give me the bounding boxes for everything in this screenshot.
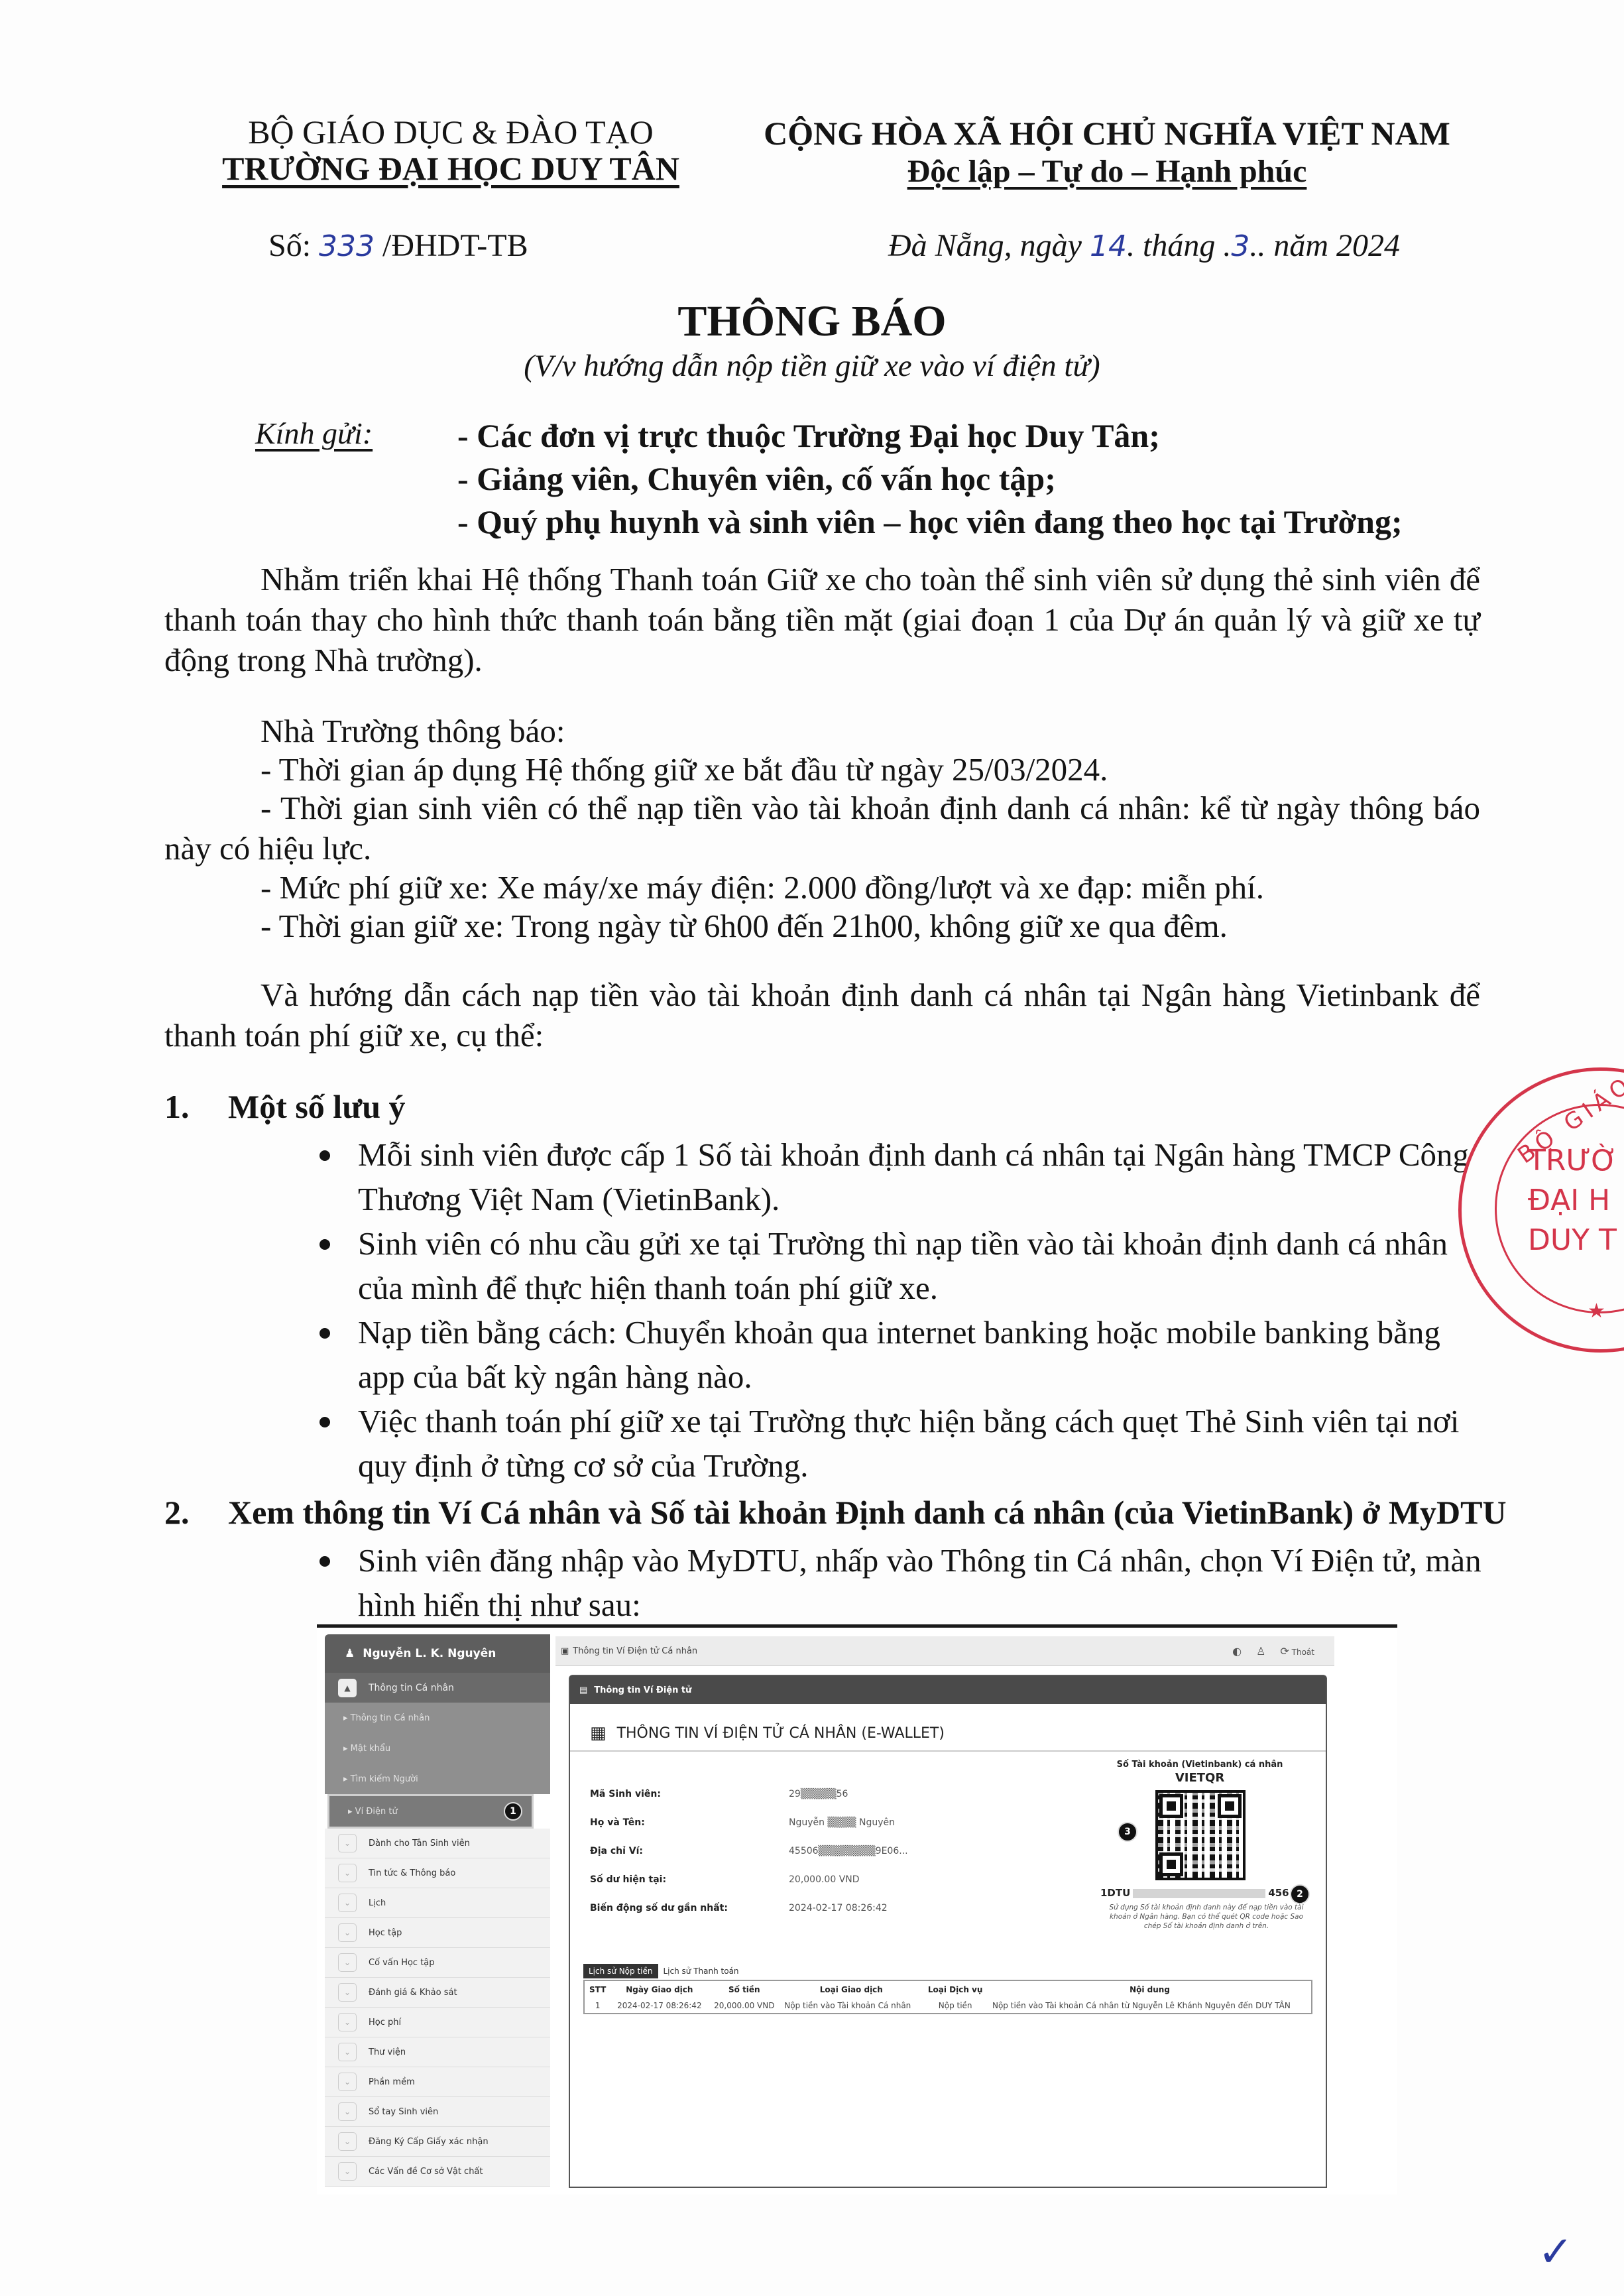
table-cell: Nộp tiền vào Tài khoản Cá nhân: [780, 1998, 922, 2014]
number-handwritten: 333: [319, 229, 375, 263]
month-prefix: . tháng .: [1127, 228, 1231, 263]
column-header: Loại Dịch vụ: [922, 1980, 988, 1998]
sub-item-label: Mật khẩu: [351, 1744, 390, 1754]
field-label: Biến động số dư gần nhất:: [590, 1903, 789, 1913]
wallet-field: Địa chỉ Ví:45506▒▒▒▒▒▒▒▒9E06...: [590, 1846, 908, 1856]
bullet-item: Việc thanh toán phí giữ xe tại Trường th…: [358, 1399, 1481, 1488]
qr-code[interactable]: [1155, 1790, 1246, 1880]
bullet-item: Sinh viên có nhu cầu gửi xe tại Trường t…: [358, 1221, 1481, 1310]
logout-icon: ⟳: [1280, 1645, 1289, 1658]
sidebar-item[interactable]: ⌄Đăng Ký Cấp Giấy xác nhận: [325, 2127, 550, 2157]
chevron-down-icon: ⌄: [338, 2013, 357, 2031]
table-cell: Nộp tiền vào Tài khoản Cá nhân từ Nguyễn…: [988, 1998, 1312, 2014]
panel-header-label: Thông tin Ví Điện tử: [594, 1685, 691, 1695]
bullet-item: Mỗi sinh viên được cấp 1 Số tài khoản đị…: [358, 1132, 1481, 1221]
announce-item: - Mức phí giữ xe: Xe máy/xe máy điện: 2.…: [164, 867, 1480, 908]
table-row: 12024-02-17 08:26:4220,000.00 VNDNộp tiề…: [584, 1998, 1312, 2014]
sidebar-item[interactable]: ⌄Phần mềm: [325, 2067, 550, 2097]
official-stamp: BỘ GIÁO DỤC TRƯỜ ĐẠI H DUY T ★: [1458, 1067, 1624, 1353]
bullet-icon: [319, 1328, 330, 1339]
wallet-icon: ▦: [590, 1723, 607, 1743]
sidebar-item[interactable]: ⌄Sổ tay Sinh viên: [325, 2097, 550, 2127]
date-place: Đà Nẵng, ngày: [888, 228, 1090, 263]
document-title: THÔNG BÁO: [0, 296, 1624, 347]
section-title: Một số lưu ý: [228, 1088, 406, 1125]
sidebar-item-label: Dành cho Tân Sinh viên: [369, 1839, 470, 1848]
qr-finder: [1159, 1794, 1183, 1818]
wallet-field: Họ và Tên:Nguyễn ▒▒▒▒ Nguyên: [590, 1817, 895, 1828]
chevron-down-icon: ⌄: [338, 1864, 357, 1882]
recipient-item: - Quý phụ huynh và sinh viên – học viên …: [457, 501, 1403, 544]
user-icon: ♟: [345, 1647, 355, 1660]
chevron-down-icon: ⌄: [338, 2132, 357, 2151]
chevron-down-icon: ⌄: [338, 2102, 357, 2121]
announce-item: - Thời gian giữ xe: Trong ngày từ 6h00 đ…: [164, 906, 1480, 946]
sidebar-item[interactable]: ⌄Thư viện: [325, 2037, 550, 2067]
sidebar-section-personal[interactable]: ▲Thông tin Cá nhân: [325, 1673, 550, 1703]
section-1-heading: 1. Một số lưu ý: [164, 1087, 406, 1126]
bullet-text: Việc thanh toán phí giữ xe tại Trường th…: [358, 1403, 1459, 1484]
guide-paragraph: Và hướng dẫn cách nạp tiền vào tài khoản…: [164, 975, 1480, 1056]
recipient-item: - Các đơn vị trực thuộc Trường Đại học D…: [457, 414, 1403, 457]
nation-name: CỘNG HÒA XÃ HỘI CHỦ NGHĨA VIỆT NAM: [742, 114, 1472, 152]
qr-finder: [1218, 1794, 1242, 1818]
sidebar-item[interactable]: ⌄Cố vấn Học tập: [325, 1948, 550, 1978]
account-prefix: 1DTU: [1100, 1887, 1130, 1899]
sub-item-label: Ví Điện tử: [355, 1807, 398, 1817]
qr-finder: [1159, 1852, 1183, 1876]
announce-item: - Thời gian áp dụng Hệ thống giữ xe bắt …: [164, 749, 1480, 790]
recipients-label: Kính gửi:: [255, 416, 373, 451]
table-cell: 2024-02-17 08:26:42: [610, 1998, 708, 2014]
number-prefix: Số:: [268, 228, 319, 263]
chevron-down-icon: ⌄: [338, 2073, 357, 2091]
table-cell: 1: [584, 1998, 610, 2014]
sidebar-item-label: Phần mềm: [369, 2077, 415, 2087]
logout-button[interactable]: ⟳ Thoát: [1280, 1645, 1314, 1658]
recipient-item: - Giảng viên, Chuyên viên, cố vấn học tậ…: [457, 457, 1403, 501]
history-tabs: Lịch sử Nộp tiền Lịch sử Thanh toán: [583, 1964, 744, 1978]
wallet-field: Mã Sinh viên:29▒▒▒▒▒56: [590, 1789, 848, 1799]
section-1-bullets: Mỗi sinh viên được cấp 1 Số tài khoản đị…: [358, 1132, 1481, 1488]
bullet-icon: [319, 1417, 330, 1427]
month-handwritten: 3: [1231, 229, 1249, 263]
document-number: Số: 333 /ĐHDT-TB: [268, 227, 528, 264]
step-badge: 3: [1118, 1822, 1137, 1842]
stamp-star-icon: ★: [1588, 1299, 1605, 1323]
chevron-down-icon: ⌄: [338, 1953, 357, 1972]
sidebar-item-label: Lịch: [369, 1898, 386, 1908]
stamp-line: ĐẠI H: [1528, 1183, 1610, 1217]
sidebar-item-label: Các Vấn đề Cơ sở Vật chất: [369, 2167, 483, 2177]
chevron-up-icon: ▲: [338, 1679, 357, 1697]
sub-item-label: Thông tin Cá nhân: [351, 1713, 430, 1723]
chevron-down-icon: ⌄: [338, 1983, 357, 2002]
sidebar-item-label: Đánh giá & Khảo sát: [369, 1988, 457, 1998]
sidebar-item[interactable]: ⌄Các Vấn đề Cơ sở Vật chất: [325, 2157, 550, 2187]
account-redacted: [1133, 1889, 1265, 1898]
stamp-line: TRƯỜ: [1528, 1144, 1617, 1178]
table-body: 12024-02-17 08:26:4220,000.00 VNDNộp tiề…: [584, 1998, 1312, 2014]
wallet-panel: ▤Thông tin Ví Điện tử ▦THÔNG TIN VÍ ĐIỆN…: [569, 1675, 1327, 2188]
main-content: ▣ Thông tin Ví Điện tử Cá nhân ◐ ♙ ⟳ Tho…: [555, 1636, 1334, 2187]
panel-title: ▦THÔNG TIN VÍ ĐIỆN TỬ CÁ NHÂN (E-WALLET): [570, 1704, 1326, 1752]
field-value: 45506▒▒▒▒▒▒▒▒9E06...: [789, 1846, 908, 1856]
user-icon[interactable]: ♙: [1256, 1645, 1265, 1658]
field-value: 29▒▒▒▒▒56: [789, 1789, 848, 1799]
sidebar-item-label: Thư viện: [369, 2047, 406, 2057]
eye-icon[interactable]: ◐: [1232, 1645, 1242, 1658]
bullet-icon: [319, 1556, 330, 1567]
section-label: Thông tin Cá nhân: [369, 1683, 454, 1693]
field-label: Địa chỉ Ví:: [590, 1846, 789, 1856]
sidebar-item[interactable]: ⌄Lịch: [325, 1888, 550, 1918]
sidebar-item-label: Đăng Ký Cấp Giấy xác nhận: [369, 2137, 489, 2147]
sidebar-item[interactable]: ⌄Tin tức & Thông báo: [325, 1858, 550, 1888]
announce-label: Nhà Trường thông báo:: [261, 711, 565, 751]
sidebar-item[interactable]: ⌄Học tập: [325, 1918, 550, 1948]
field-value: 20,000.00 VND: [789, 1874, 860, 1885]
table-header: STTNgày Giao dịchSố tiềnLoại Giao dịchLo…: [584, 1980, 1312, 1998]
chevron-down-icon: ⌄: [338, 1894, 357, 1912]
sidebar-sub-item-e-wallet[interactable]: ▸ Ví Điện tử1: [327, 1794, 534, 1829]
sidebar-item[interactable]: ⌄Đánh giá & Khảo sát: [325, 1978, 550, 2008]
account-suffix: 456: [1268, 1887, 1289, 1899]
tab-deposit-history[interactable]: Lịch sử Nộp tiền: [583, 1964, 658, 1978]
field-label: Mã Sinh viên:: [590, 1789, 789, 1799]
panel-header: ▤Thông tin Ví Điện tử: [570, 1676, 1326, 1704]
document-date: Đà Nẵng, ngày 14. tháng .3.. năm 2024: [888, 227, 1400, 264]
number-suffix: /ĐHDT-TB: [375, 228, 528, 263]
sidebar-item[interactable]: ⌄Học phí: [325, 2008, 550, 2037]
chevron-down-icon: ⌄: [338, 1834, 357, 1852]
history-table: STTNgày Giao dịchSố tiềnLoại Giao dịchLo…: [583, 1980, 1312, 2014]
sidebar-item-label: Học phí: [369, 2018, 401, 2027]
logout-label: Thoát: [1292, 1648, 1314, 1657]
table-cell: 20,000.00 VND: [708, 1998, 780, 2014]
recipients-list: - Các đơn vị trực thuộc Trường Đại học D…: [457, 414, 1403, 544]
wallet-icon: ▣: [561, 1646, 569, 1656]
column-header: Ngày Giao dịch: [610, 1980, 708, 1998]
national-motto: Độc lập – Tự do – Hạnh phúc: [742, 152, 1472, 191]
wallet-field: Biến động số dư gần nhất:2024-02-17 08:2…: [590, 1903, 888, 1913]
bullet-icon: [319, 1239, 330, 1250]
bullet-item: Nạp tiền bằng cách: Chuyển khoản qua int…: [358, 1310, 1481, 1399]
sub-item-label: Tìm kiếm Người: [351, 1774, 418, 1784]
bullet-item: Sinh viên đăng nhập vào MyDTU, nhấp vào …: [358, 1538, 1481, 1627]
announce-item: - Thời gian sinh viên có thể nạp tiền và…: [164, 788, 1480, 869]
section-title: Xem thông tin Ví Cá nhân và Số tài khoản…: [228, 1494, 1507, 1531]
column-header: Loại Giao dịch: [780, 1980, 922, 1998]
bullet-icon: [319, 1150, 330, 1161]
sidebar-item[interactable]: ⌄Dành cho Tân Sinh viên: [325, 1829, 550, 1858]
user-name: Nguyễn L. K. Nguyên: [363, 1647, 496, 1660]
table-cell: Nộp tiền: [922, 1998, 988, 2014]
account-number: 1DTU456 ⧉: [1100, 1887, 1300, 1899]
sidebar-item-label: Học tập: [369, 1928, 402, 1938]
panel-title-text: THÔNG TIN VÍ ĐIỆN TỬ CÁ NHÂN (E-WALLET): [617, 1725, 945, 1742]
sidebar: ♟Nguyễn L. K. Nguyên ▲Thông tin Cá nhân …: [325, 1634, 550, 2185]
year-text: .. năm 2024: [1249, 228, 1400, 263]
sidebar-item-label: Sổ tay Sinh viên: [369, 2107, 438, 2117]
sidebar-item-label: Tin tức & Thông báo: [369, 1868, 455, 1878]
section-2-bullets: Sinh viên đăng nhập vào MyDTU, nhấp vào …: [358, 1538, 1481, 1627]
field-label: Số dư hiện tại:: [590, 1874, 789, 1885]
sidebar-menu: ⌄Dành cho Tân Sinh viên⌄Tin tức & Thông …: [325, 1829, 550, 2187]
column-header: Nội dung: [988, 1980, 1312, 1998]
top-bar: ▣ Thông tin Ví Điện tử Cá nhân ◐ ♙ ⟳ Tho…: [555, 1636, 1334, 1666]
document-subtitle: (V/v hướng dẫn nộp tiền giữ xe vào ví đi…: [0, 348, 1624, 384]
checkmark-icon: ✓: [1538, 2228, 1574, 2277]
bullet-text: Mỗi sinh viên được cấp 1 Số tài khoản đị…: [358, 1136, 1469, 1217]
section-number: 2.: [164, 1494, 190, 1531]
account-label-text: Số Tài khoản (Vietinbank) cá nhân: [1080, 1760, 1319, 1770]
sidebar-user[interactable]: ♟Nguyễn L. K. Nguyên: [325, 1634, 550, 1673]
breadcrumb: Thông tin Ví Điện tử Cá nhân: [573, 1646, 697, 1656]
wallet-field: Số dư hiện tại:20,000.00 VND: [590, 1874, 860, 1885]
day-handwritten: 14: [1090, 229, 1127, 263]
section-number: 1.: [164, 1088, 190, 1125]
step-badge: 1: [504, 1802, 522, 1821]
sidebar-sub-item[interactable]: ▸ Tìm kiếm Người: [325, 1764, 550, 1794]
bullet-text: Sinh viên có nhu cầu gửi xe tại Trường t…: [358, 1225, 1448, 1306]
ministry-name: BỘ GIÁO DỤC & ĐÀO TẠO: [199, 113, 703, 151]
chevron-down-icon: ⌄: [338, 2162, 357, 2181]
step-badge: 2: [1290, 1884, 1310, 1904]
column-header: STT: [584, 1980, 610, 1998]
account-note: Sử dụng Số tài khoản định danh này để nạ…: [1107, 1903, 1306, 1931]
column-header: Số tiền: [708, 1980, 780, 1998]
field-value: Nguyễn ▒▒▒▒ Nguyên: [789, 1817, 895, 1828]
sidebar-sub-item[interactable]: ▸ Mật khẩu: [325, 1733, 550, 1764]
intro-paragraph: Nhằm triển khai Hệ thống Thanh toán Giữ …: [164, 559, 1480, 680]
bullet-text: Sinh viên đăng nhập vào MyDTU, nhấp vào …: [358, 1542, 1481, 1623]
tab-payment-history[interactable]: Lịch sử Thanh toán: [658, 1964, 744, 1978]
account-label: Số Tài khoản (Vietinbank) cá nhân VIETQR: [1080, 1760, 1319, 1785]
vietqr-logo: VIETQR: [1080, 1771, 1319, 1785]
screenshot-top-rule: [317, 1624, 1397, 1628]
wallet-icon: ▤: [579, 1685, 587, 1695]
field-value: 2024-02-17 08:26:42: [789, 1903, 888, 1913]
chevron-down-icon: ⌄: [338, 2043, 357, 2061]
bullet-text: Nạp tiền bằng cách: Chuyển khoản qua int…: [358, 1314, 1440, 1395]
section-2-heading: 2. Xem thông tin Ví Cá nhân và Số tài kh…: [164, 1493, 1507, 1532]
chevron-down-icon: ⌄: [338, 1923, 357, 1942]
stamp-line: DUY T: [1528, 1223, 1617, 1257]
field-label: Họ và Tên:: [590, 1817, 789, 1828]
school-name: TRƯỜNG ĐẠI HỌC DUY TÂN: [199, 149, 703, 188]
sidebar-sub-item[interactable]: ▸ Thông tin Cá nhân: [325, 1703, 550, 1733]
sidebar-item-label: Cố vấn Học tập: [369, 1958, 435, 1968]
